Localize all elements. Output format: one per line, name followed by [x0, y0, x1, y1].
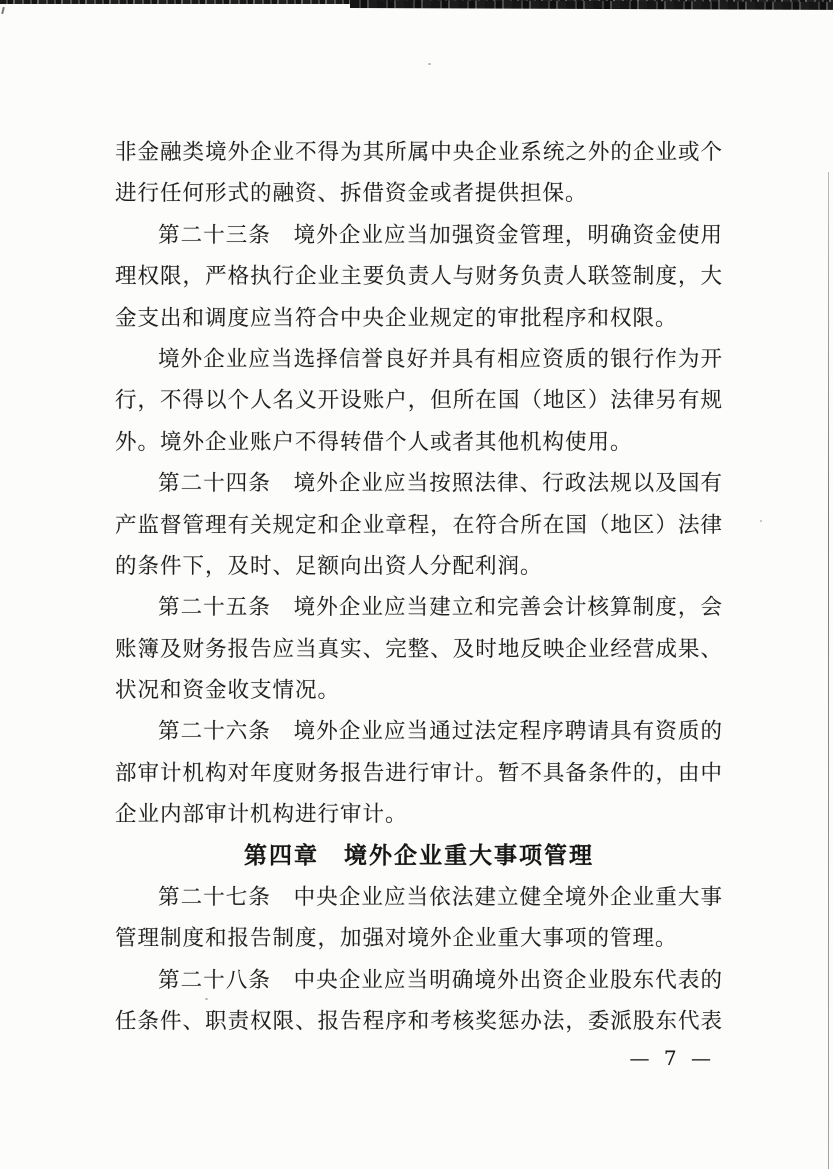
article-28-line: 第二十八条 中央企业应当明确境外出资企业股东代表的选	[115, 960, 723, 1001]
text-line: 账簿及财务报告应当真实、完整、及时地反映企业经营成果、财务	[115, 629, 723, 670]
text-line: 外。境外企业账户不得转借个人或者其他机构使用。	[115, 422, 723, 463]
text-line: 境外企业应当选择信誉良好并具有相应资质的银行作为开户	[115, 339, 723, 380]
text-line: 行，不得以个人名义开设账户，但所在国（地区）法律另有规定的除	[115, 380, 723, 421]
text-line: 金支出和调度应当符合中央企业规定的审批程序和权限。	[115, 298, 723, 339]
page-number: — 7 —	[630, 1046, 715, 1070]
scan-artifact-right-edge-line	[828, 172, 829, 1169]
scanned-document-page: 非金融类境外企业不得为其所属中央企业系统之外的企业或个人 进行任何形式的融资、拆…	[0, 0, 833, 1169]
text-line: 状况和资金收支情况。	[115, 670, 723, 711]
scan-artifact-top-band-right	[350, 0, 833, 10]
article-27-line: 第二十七条 中央企业应当依法建立健全境外企业重大事项	[115, 877, 723, 918]
text-line: 部审计机构对年度财务报告进行审计。暂不具备条件的，由中央	[115, 753, 723, 794]
text-line: 任条件、职责权限、报告程序和考核奖惩办法，委派股东代表参加	[115, 1001, 723, 1042]
chapter-heading: 第四章 境外企业重大事项管理	[115, 836, 723, 877]
text-line: 进行任何形式的融资、拆借资金或者提供担保。	[115, 173, 723, 214]
text-line: 理权限，严格执行企业主要负责人与财务负责人联签制度，大额资	[115, 256, 723, 297]
text-line: 企业内部审计机构进行审计。	[115, 794, 723, 835]
text-line: 产监督管理有关规定和企业章程，在符合所在国（地区）法律规定	[115, 505, 723, 546]
article-24-line: 第二十四条 境外企业应当按照法律、行政法规以及国有资	[115, 463, 723, 504]
article-26-line: 第二十六条 境外企业应当通过法定程序聘请具有资质的外	[115, 711, 723, 752]
scan-speckle	[760, 520, 762, 522]
text-line: 的条件下，及时、足额向出资人分配利润。	[115, 546, 723, 587]
article-25-line: 第二十五条 境外企业应当建立和完善会计核算制度，会计	[115, 587, 723, 628]
document-body: 非金融类境外企业不得为其所属中央企业系统之外的企业或个人 进行任何形式的融资、拆…	[115, 132, 723, 1043]
text-line: 非金融类境外企业不得为其所属中央企业系统之外的企业或个人	[115, 132, 723, 173]
scan-speckle	[428, 63, 431, 65]
text-line: 管理制度和报告制度，加强对境外企业重大事项的管理。	[115, 918, 723, 959]
article-23-line: 第二十三条 境外企业应当加强资金管理，明确资金使用管	[115, 215, 723, 256]
scan-artifact-mark	[1, 7, 5, 14]
